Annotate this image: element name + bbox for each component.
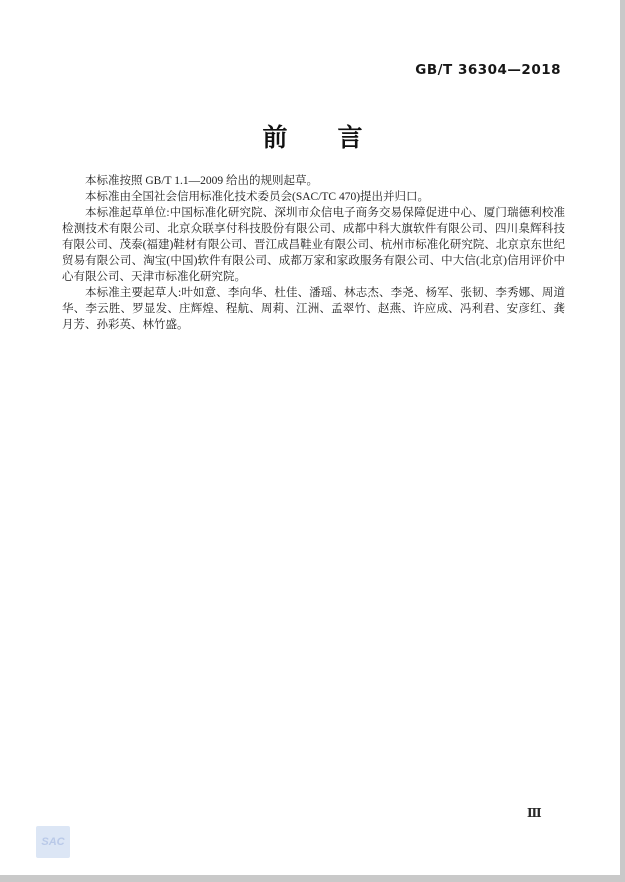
- foreword-body: 本标准按照 GB/T 1.1—2009 给出的规则起草。 本标准由全国社会信用标…: [62, 173, 565, 333]
- page-number: Ⅲ: [527, 806, 542, 821]
- scan-edge-right: [620, 0, 625, 882]
- foreword-title: 前言: [0, 118, 625, 154]
- foreword-title-char-1: 前: [262, 123, 287, 152]
- sac-watermark-logo: SAC: [36, 826, 70, 858]
- paragraph-main-drafters: 本标准主要起草人:叶如意、李向华、杜佳、潘瑶、林志杰、李尧、杨军、张韧、李秀娜、…: [62, 285, 565, 333]
- foreword-title-char-2: 言: [338, 123, 363, 152]
- scan-edge-bottom: [0, 875, 625, 882]
- paragraph-drafting-organizations: 本标准起草单位:中国标准化研究院、深圳市众信电子商务交易保障促进中心、厦门瑞德利…: [62, 205, 565, 285]
- paragraph-drafting-rule: 本标准按照 GB/T 1.1—2009 给出的规则起草。: [62, 173, 565, 189]
- standard-number: GB/T 36304—2018: [415, 62, 561, 78]
- paragraph-proposing-committee: 本标准由全国社会信用标准化技术委员会(SAC/TC 470)提出并归口。: [62, 189, 565, 205]
- scanned-standard-page: GB/T 36304—2018 前言 本标准按照 GB/T 1.1—2009 给…: [0, 0, 625, 882]
